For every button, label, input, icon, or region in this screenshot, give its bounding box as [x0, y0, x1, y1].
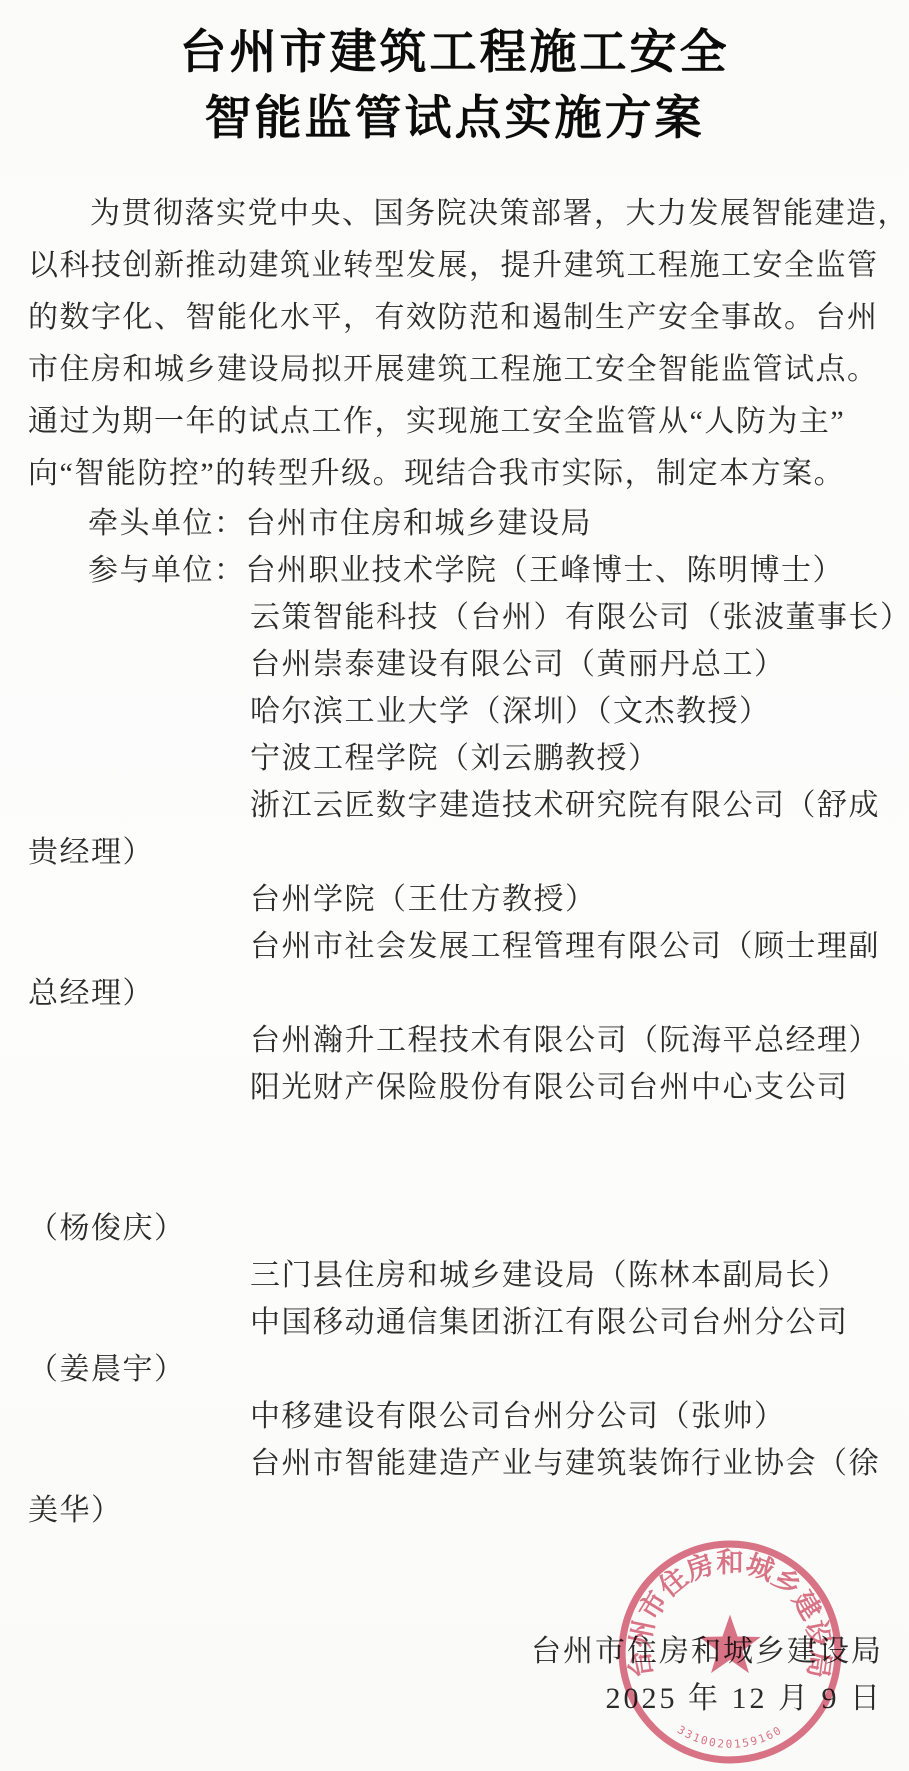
- unit-line: 中国移动通信集团浙江有限公司台州分公司: [0, 1299, 909, 1346]
- unit-line: 台州市社会发展工程管理有限公司（顾士理副: [0, 923, 909, 970]
- unit-line: 台州市智能建造产业与建筑装饰行业协会（徐: [0, 1440, 909, 1487]
- document-title: 台州市建筑工程施工安全 智能监管试点实施方案: [0, 0, 909, 152]
- unit-line: 台州瀚升工程技术有限公司（阮海平总经理）: [0, 1017, 909, 1064]
- paragraph-line: 市住房和城乡建设局拟开展建筑工程施工安全智能监管试点。: [28, 344, 909, 396]
- lead-unit-line: 牵头单位：台州市住房和城乡建设局: [0, 500, 909, 547]
- unit-line: 哈尔滨工业大学（深圳）（文杰教授）: [0, 688, 909, 735]
- paragraph-line: 的数字化、智能化水平，有效防范和遏制生产安全事故。台州: [28, 292, 909, 344]
- unit-line: 中移建设有限公司台州分公司（张帅）: [0, 1393, 909, 1440]
- unit-line: 宁波工程学院（刘云鹏教授）: [0, 735, 909, 782]
- unit-line: 阳光财产保险股份有限公司台州中心支公司: [0, 1064, 909, 1111]
- intro-paragraph: 为贯彻落实党中央、国务院决策部署，大力发展智能建造， 以科技创新推动建筑业转型发…: [0, 188, 909, 500]
- unit-line: 三门县住房和城乡建设局（陈林本副局长）: [0, 1252, 909, 1299]
- title-line-1: 台州市建筑工程施工安全: [0, 20, 909, 86]
- title-line-2: 智能监管试点实施方案: [0, 86, 909, 152]
- unit-line-wrap: 总经理）: [0, 970, 909, 1017]
- paragraph-line: 通过为期一年的试点工作，实现施工安全监管从“人防为主”: [28, 396, 909, 448]
- units-list: 牵头单位：台州市住房和城乡建设局 参与单位：台州职业技术学院（王峰博士、陈明博士…: [0, 500, 909, 1534]
- unit-line: 云策智能科技（台州）有限公司（张波董事长）: [0, 594, 909, 641]
- unit-line: 参与单位：台州职业技术学院（王峰博士、陈明博士）: [0, 547, 909, 594]
- unit-line-wrap: （姜晨宇）: [0, 1346, 909, 1393]
- signature-date: 2025 年 12 月 9 日: [0, 1675, 883, 1722]
- document-page: 台州市建筑工程施工安全 智能监管试点实施方案 为贯彻落实党中央、国务院决策部署，…: [0, 0, 909, 1771]
- seal-code: 3310020159160: [675, 1723, 785, 1751]
- seal-code-holder: 3310020159160: [675, 1723, 785, 1751]
- paragraph-line: 为贯彻落实党中央、国务院决策部署，大力发展智能建造，: [28, 188, 909, 240]
- unit-line: 台州学院（王仕方教授）: [0, 876, 909, 923]
- unit-line-wrap: 贵经理）: [0, 829, 909, 876]
- signature-block: 台州市住房和城乡建设局 2025 年 12 月 9 日: [0, 1628, 909, 1722]
- unit-line-wrap: （杨俊庆）: [0, 1205, 909, 1252]
- unit-line: 台州崇泰建设有限公司（黄丽丹总工）: [0, 641, 909, 688]
- unit-line-wrap: 美华）: [0, 1487, 909, 1534]
- paragraph-line: 向“智能防控”的转型升级。现结合我市实际，制定本方案。: [28, 448, 909, 500]
- unit-line: 浙江云匠数字建造技术研究院有限公司（舒成: [0, 782, 909, 829]
- signature-org: 台州市住房和城乡建设局: [0, 1628, 883, 1675]
- paragraph-line: 以科技创新推动建筑业转型发展，提升建筑工程施工安全监管: [28, 240, 909, 292]
